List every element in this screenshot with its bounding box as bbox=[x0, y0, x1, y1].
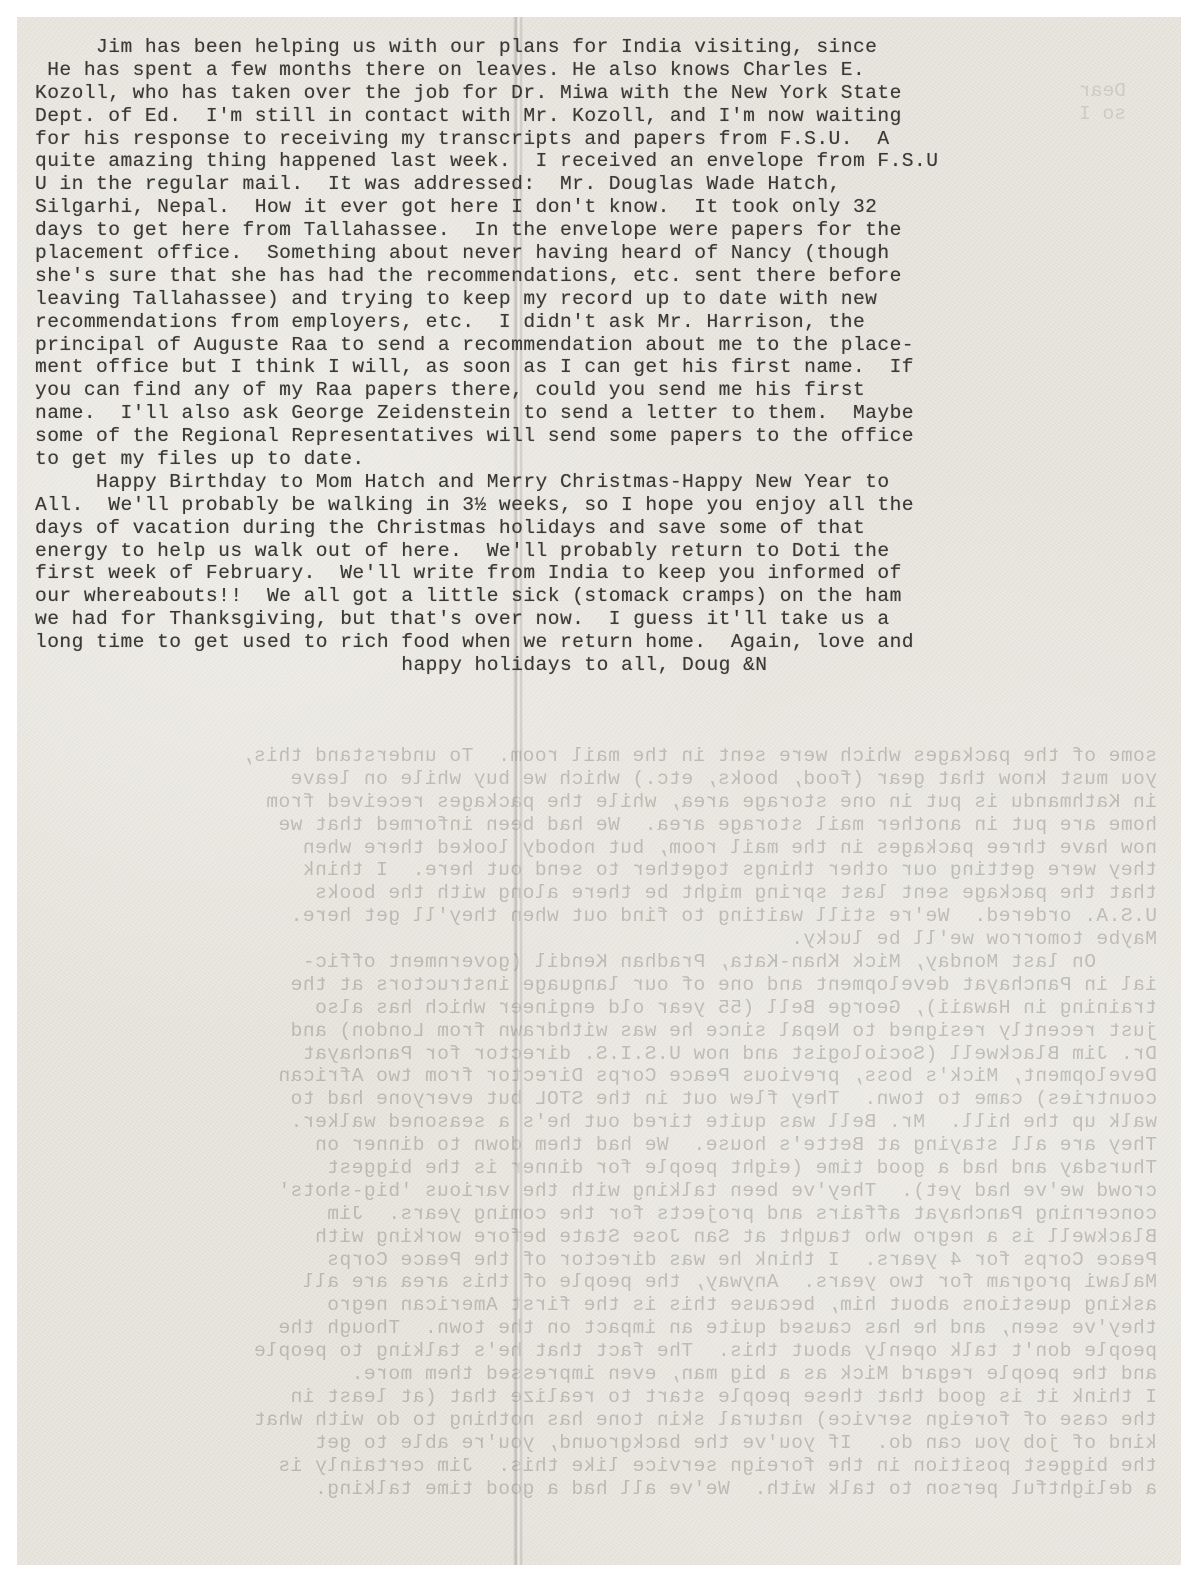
letter-line: placement office. Something about never … bbox=[35, 242, 1155, 265]
letter-line: name. I'll also ask George Zeidenstein t… bbox=[35, 402, 1155, 425]
bleed-through-line: now have three packages in the mail room… bbox=[47, 837, 1157, 860]
letter-line: principal of Auguste Raa to send a recom… bbox=[35, 334, 1155, 357]
letter-line: Happy Birthday to Mom Hatch and Merry Ch… bbox=[35, 471, 1155, 494]
bleed-through-line: U.S.A. ordered. We're still waiting to f… bbox=[47, 905, 1157, 928]
letter-line: our whereabouts!! We all got a little si… bbox=[35, 585, 1155, 608]
bleed-through-line: Maybe tomorrow we'll be lucky. bbox=[47, 928, 1157, 951]
bleed-through-line: They are all staying at Bette's house. W… bbox=[47, 1134, 1157, 1157]
letter-line: some of the Regional Representatives wil… bbox=[35, 425, 1155, 448]
bleed-through-line: Malawi program for two years. Anyway, th… bbox=[47, 1271, 1157, 1294]
bleed-through-line: the biggest position in the foreign serv… bbox=[47, 1455, 1157, 1478]
letter-line: U in the regular mail. It was addressed:… bbox=[35, 173, 1155, 196]
letter-line: we had for Thanksgiving, but that's over… bbox=[35, 608, 1155, 631]
bleed-through-line: home are put in another mail storage are… bbox=[47, 814, 1157, 837]
bleed-through-line: training in Hawaii), George Bell (55 yea… bbox=[47, 997, 1157, 1020]
bleed-through-line: Dr. Jim Blackwell (Sociologist and now U… bbox=[47, 1043, 1157, 1066]
bleed-through-line: walk up the hill. Mr. Bell was quite tir… bbox=[47, 1111, 1157, 1134]
bleed-through-line: you must know that gear (food, books, et… bbox=[47, 768, 1157, 791]
letter-line: she's sure that she has had the recommen… bbox=[35, 265, 1155, 288]
bleed-through-line: I think it is good that these people sta… bbox=[47, 1386, 1157, 1409]
letter-line: energy to help us walk out of here. We'l… bbox=[35, 540, 1155, 563]
bleed-through-line: they were getting our other things toget… bbox=[47, 859, 1157, 882]
bleed-through-line: and the people regard Mick as a big man,… bbox=[47, 1363, 1157, 1386]
bleed-through-line: ial in Panchayat development and one of … bbox=[47, 974, 1157, 997]
letter-line: first week of February. We'll write from… bbox=[35, 562, 1155, 585]
bleed-through-line: kind of job you can do. If you've the ba… bbox=[47, 1432, 1157, 1455]
bleed-through-line: countries) came to town. They flew out i… bbox=[47, 1088, 1157, 1111]
bleed-through-line: Development, Mick's boss, previous Peace… bbox=[47, 1065, 1157, 1088]
letter-line: recommendations from employers, etc. I d… bbox=[35, 311, 1155, 334]
letter-line: ment office but I think I will, as soon … bbox=[35, 356, 1155, 379]
scanned-letter-page: Dear so I some of the packages which wer… bbox=[17, 17, 1181, 1565]
bleed-through-line: that the package sent last spring might … bbox=[47, 882, 1157, 905]
letter-line: long time to get used to rich food when … bbox=[35, 631, 1155, 654]
letter-line: quite amazing thing happened last week. … bbox=[35, 150, 1155, 173]
letter-line: for his response to receiving my transcr… bbox=[35, 128, 1155, 151]
letter-line: Silgarhi, Nepal. How it ever got here I … bbox=[35, 196, 1155, 219]
bleed-through-line: just recently resigned to Nepal since he… bbox=[47, 1020, 1157, 1043]
letter-line: leaving Tallahassee) and trying to keep … bbox=[35, 288, 1155, 311]
letter-line: Jim has been helping us with our plans f… bbox=[35, 36, 1155, 59]
bleed-through-line: crowd we've had yet). They've been talki… bbox=[47, 1180, 1157, 1203]
letter-line: He has spent a few months there on leave… bbox=[35, 59, 1155, 82]
bleed-through-line: concerning Panchayat affairs and project… bbox=[47, 1203, 1157, 1226]
letter-line: days of vacation during the Christmas ho… bbox=[35, 517, 1155, 540]
bleed-through-line: Thursday and had a good time (eight peop… bbox=[47, 1157, 1157, 1180]
bleed-through-line: a delightful person to talk with. We've … bbox=[47, 1478, 1157, 1501]
letter-line: Kozoll, who has taken over the job for D… bbox=[35, 82, 1155, 105]
letter-line: you can find any of my Raa papers there,… bbox=[35, 379, 1155, 402]
bleed-through-line: asking questions about him, because this… bbox=[47, 1294, 1157, 1317]
bleed-through-line: Blackwell is a negro who taught at San J… bbox=[47, 1226, 1157, 1249]
letter-line: days to get here from Tallahassee. In th… bbox=[35, 219, 1155, 242]
letter-line: Dept. of Ed. I'm still in contact with M… bbox=[35, 105, 1155, 128]
bleed-through-line: On last Monday, Mick Khan-Kata, Pradhan … bbox=[47, 951, 1157, 974]
bleed-through-line: some of the packages which were sent in … bbox=[47, 745, 1157, 768]
bleed-through-line: the case of foreign service) natural ski… bbox=[47, 1409, 1157, 1432]
bleed-through-line: in Kathmandu is put in one storage area,… bbox=[47, 791, 1157, 814]
letter-body: Jim has been helping us with our plans f… bbox=[35, 36, 1155, 677]
bleed-through-line: they've seen, and he has caused quite an… bbox=[47, 1317, 1157, 1340]
bleed-through-reverse-text: some of the packages which were sent in … bbox=[47, 745, 1157, 1500]
bleed-through-line: people don't talk openly about this. The… bbox=[47, 1340, 1157, 1363]
letter-line: All. We'll probably be walking in 3½ wee… bbox=[35, 494, 1155, 517]
bleed-through-line: Peace Corps for 4 years. I think he was … bbox=[47, 1249, 1157, 1272]
letter-line: happy holidays to all, Doug &N bbox=[35, 654, 1155, 677]
letter-line: to get my files up to date. bbox=[35, 448, 1155, 471]
